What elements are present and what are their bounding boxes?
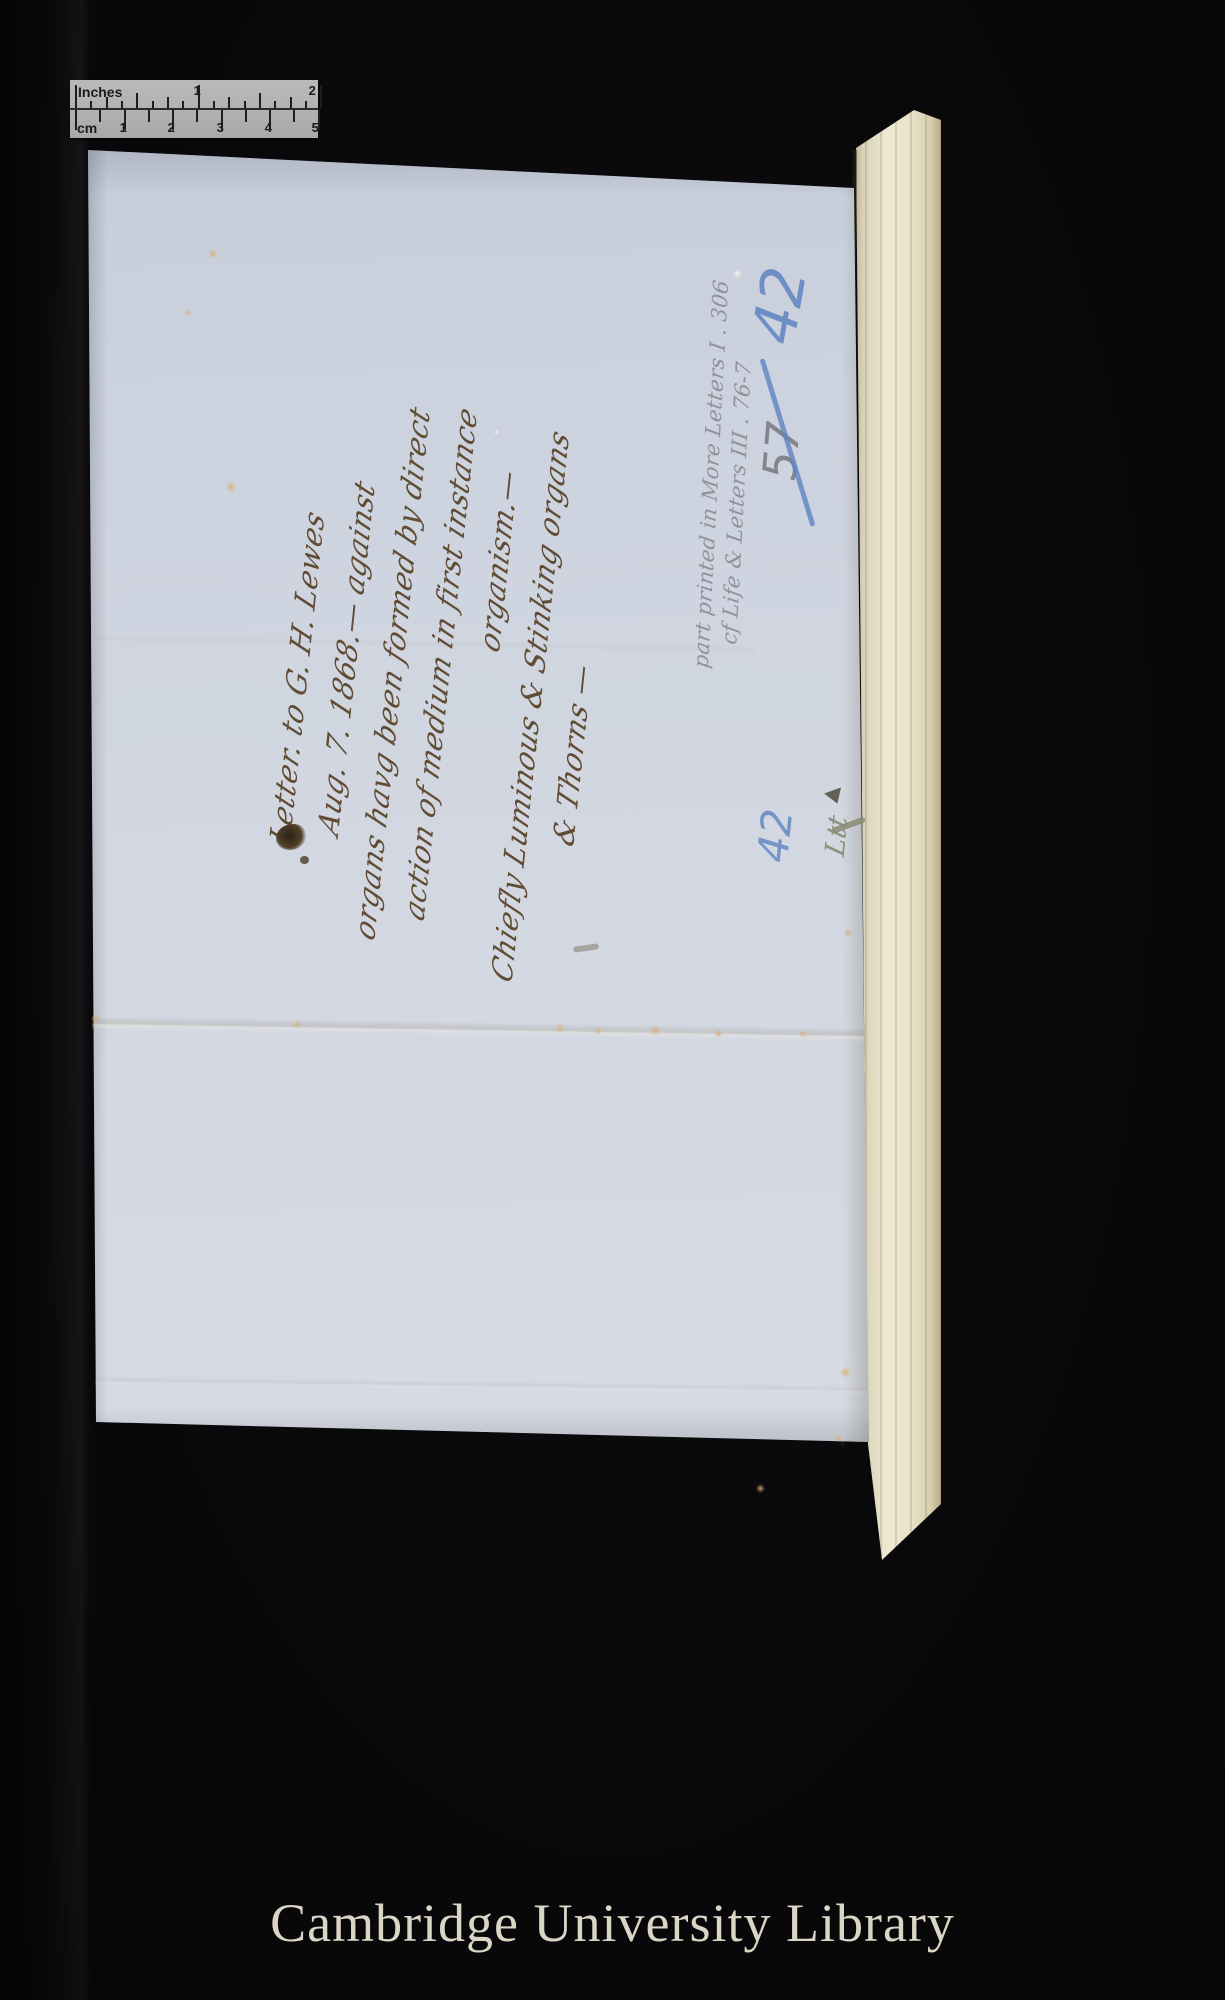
foxing-spot [834,1434,842,1442]
ruler-inches-label: Inches [78,84,122,100]
ruler-cm-number: 4 [265,120,272,135]
foxing-spot [844,929,852,937]
foxing-spot [225,481,237,493]
foxing-spot [293,1020,302,1029]
foxing-spot [799,1030,807,1038]
ruler-cm-ticks [70,110,318,138]
ruler-inch-number: 2 [309,83,316,98]
ruler-cm-label: cm [77,120,97,136]
foxing-spot [594,1027,602,1035]
foxing-spot [840,1367,851,1378]
ruler-cm-number: 2 [168,120,175,135]
foxing-spot [184,309,191,316]
ruler-cm-number: 1 [120,120,127,135]
ruler-cm-number: 5 [312,120,319,135]
foxing-spot [650,1025,661,1036]
foxing-spot [756,1484,765,1493]
ruler-cm-number: 3 [217,120,224,135]
foxing-spot [208,249,218,259]
library-caption: Cambridge University Library [0,1892,1225,1954]
photo-stage: Inches cm 1212345 Letter. to G. H. Lewes… [0,0,1225,2000]
measuring-ruler: Inches cm 1212345 [70,80,318,138]
ruler-inch-number: 1 [194,83,201,98]
foxing-spot [91,1014,100,1023]
ink-blot-dot [300,856,309,864]
foxing-spot [714,1029,723,1038]
